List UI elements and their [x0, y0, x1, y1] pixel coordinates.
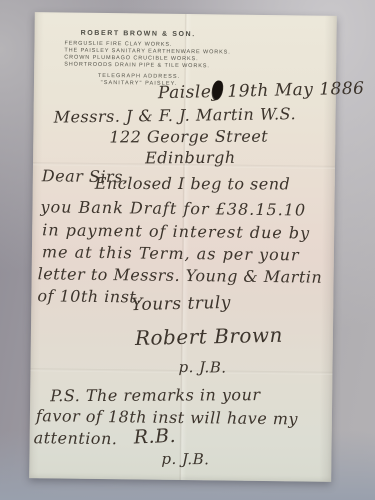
body-line: of 10th inst. — [37, 286, 142, 306]
recipient-name: Messrs. J & F. J. Martin W.S. — [53, 104, 296, 126]
body-line: letter to Messrs. Young & Martin — [38, 264, 323, 286]
works-line: SHORTROODS DRAIN PIPE & TILE WORKS. — [64, 62, 230, 71]
company-name: ROBERT BROWN & SON. — [81, 30, 231, 39]
body-line: you Bank Draft for £38.15.10 — [40, 197, 306, 219]
letterhead: ROBERT BROWN & SON. FERGUSLIE FIRE CLAY … — [64, 30, 231, 89]
works-list: FERGUSLIE FIRE CLAY WORKS. THE PAISLEY S… — [64, 41, 231, 71]
postscript-initials: R.B. — [133, 425, 176, 449]
photograph-backdrop: ROBERT BROWN & SON. FERGUSLIE FIRE CLAY … — [0, 0, 375, 500]
signature-per: p. J.B. — [178, 358, 226, 377]
recipient-street: 122 George Street — [109, 127, 268, 147]
body-line: me at this Term, as per your — [42, 242, 300, 264]
closing: Yours truly — [131, 293, 231, 315]
dateline: Paisley 19th May 1886 — [158, 79, 365, 104]
body-line: in payment of interest due by — [42, 220, 310, 242]
letter-paper: ROBERT BROWN & SON. FERGUSLIE FIRE CLAY … — [29, 12, 337, 482]
postscript-line: P.S. The remarks in your — [50, 385, 260, 405]
postscript-per: p. J.B. — [161, 450, 209, 469]
body-line: Enclosed I beg to send — [95, 174, 291, 194]
signature: Robert Brown — [135, 323, 284, 350]
postscript-line: attention. — [34, 428, 118, 448]
recipient-city: Edinburgh — [145, 148, 236, 167]
